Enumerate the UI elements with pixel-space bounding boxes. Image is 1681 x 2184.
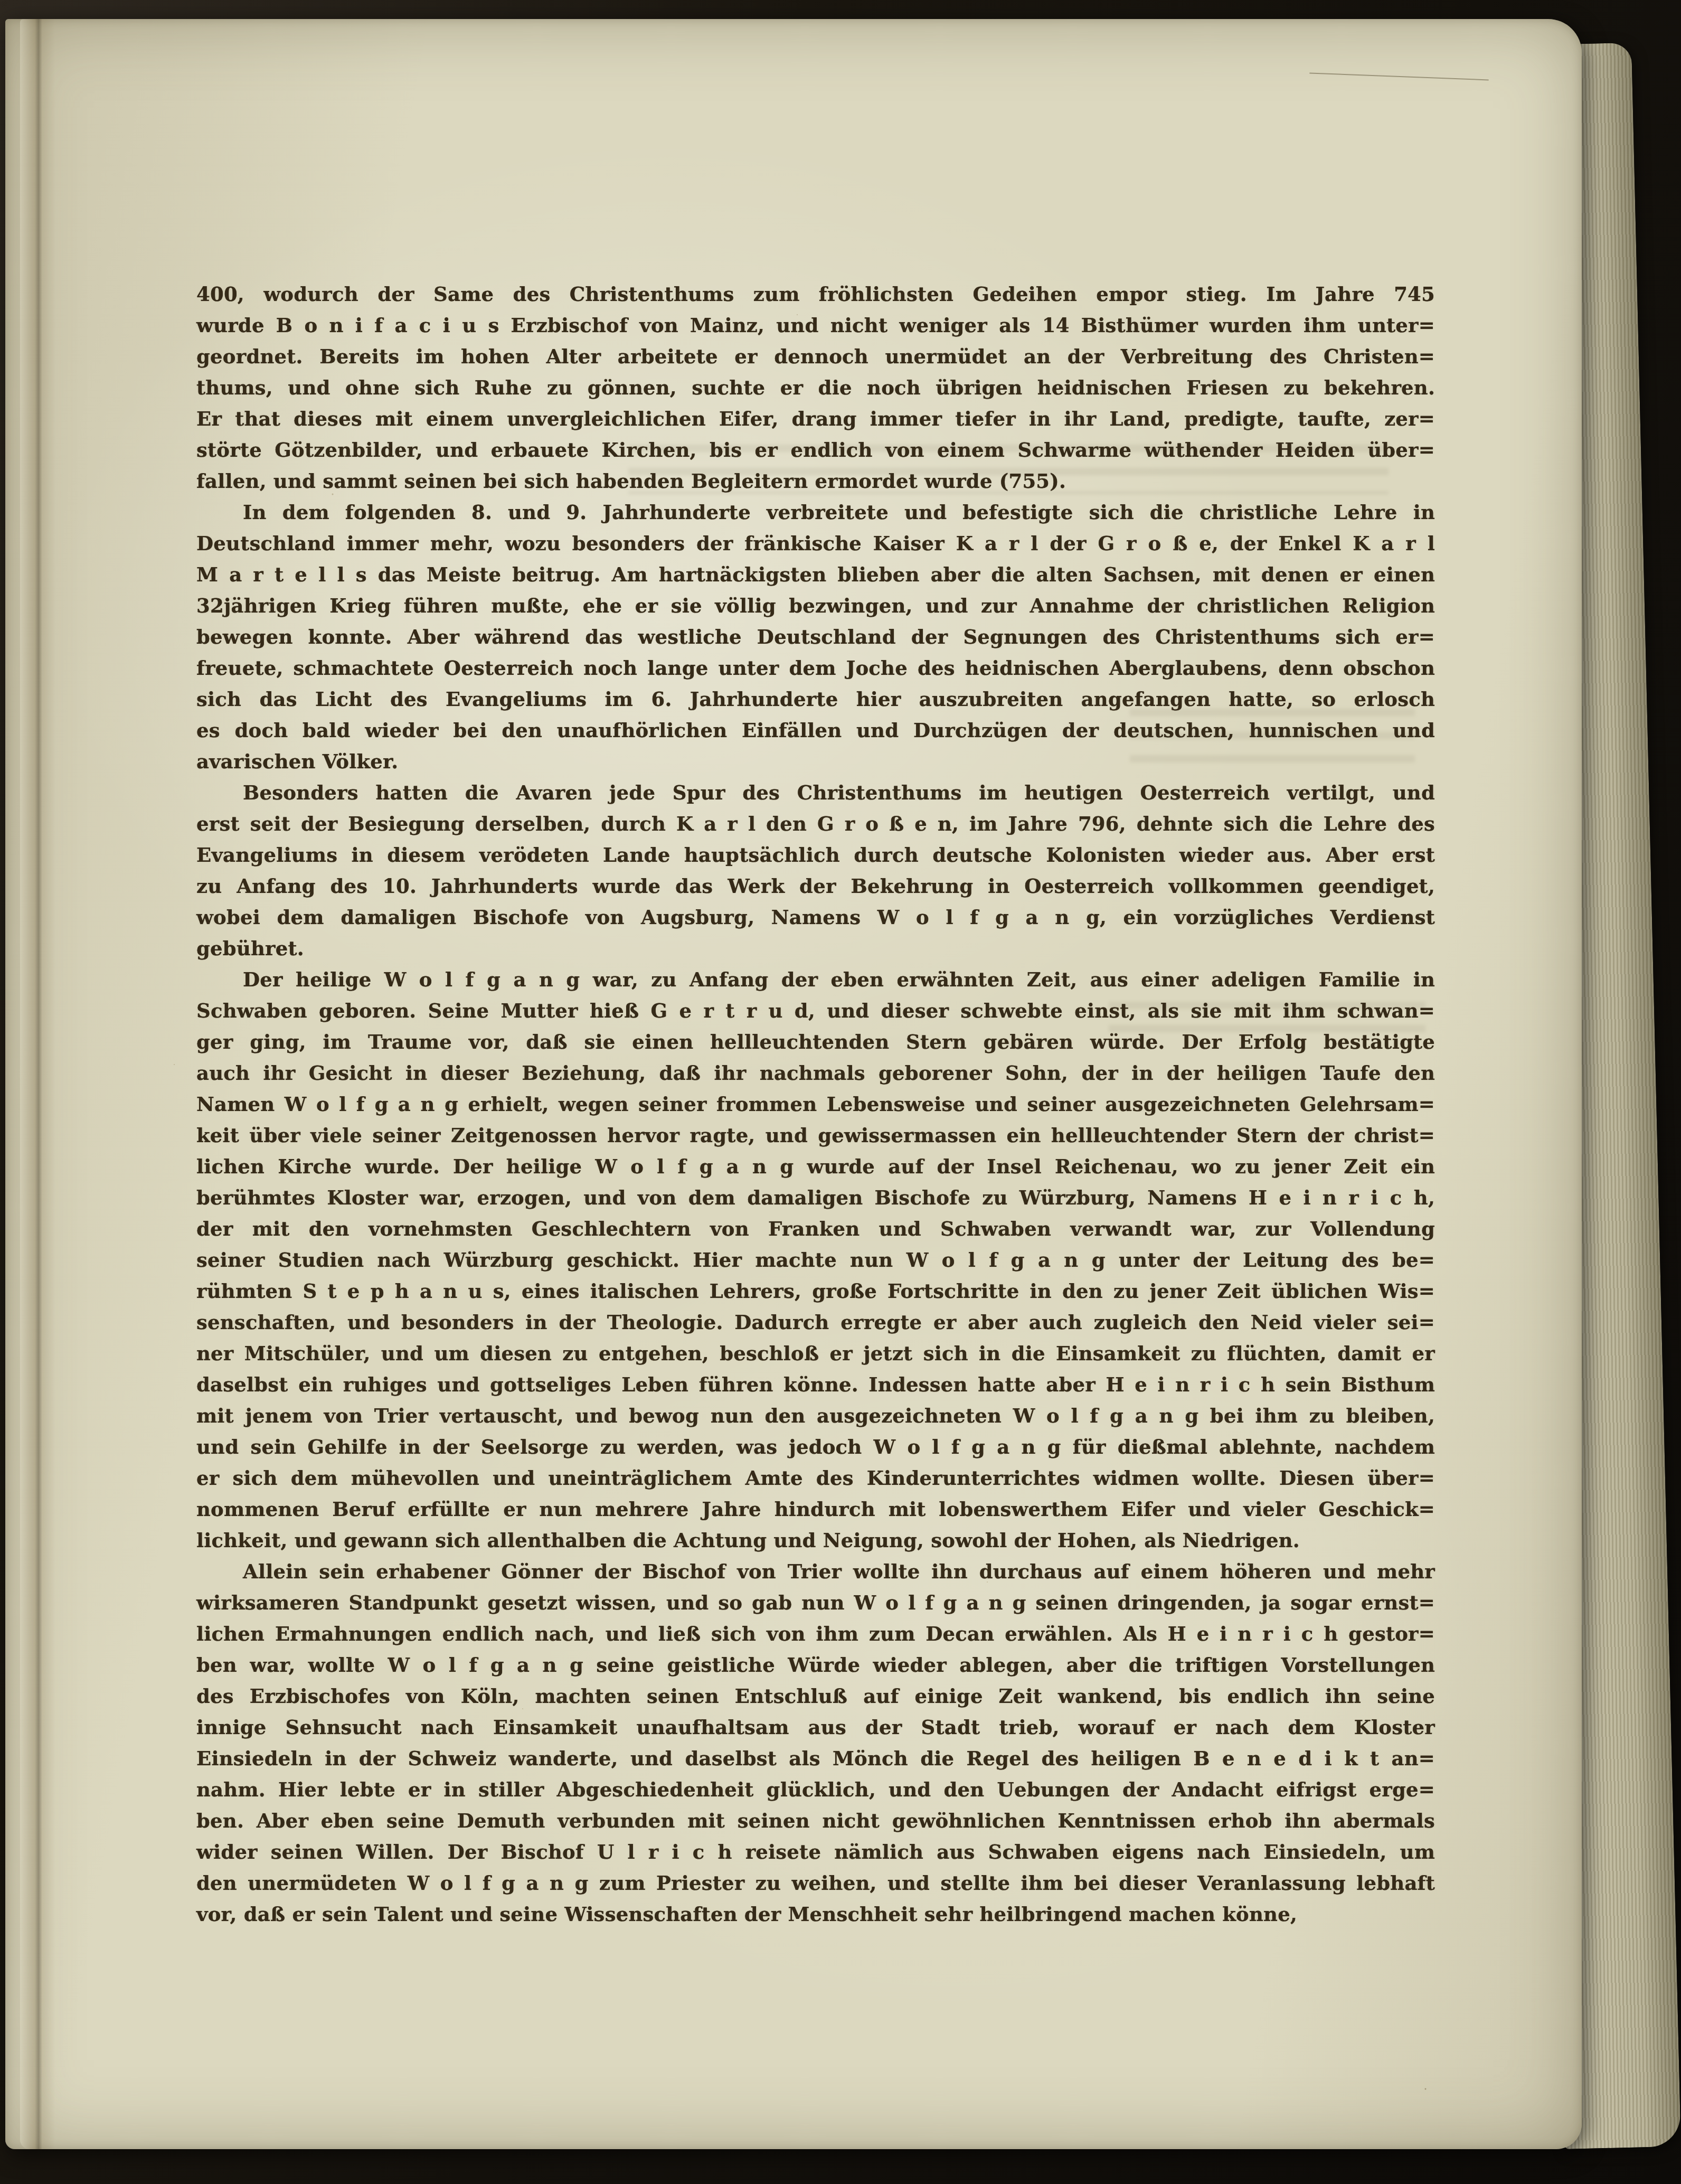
text-line: keit über viele seiner Zeitgenossen herv… (196, 1120, 1435, 1151)
text-line: lichen Kirche wurde. Der heilige W o l f… (196, 1151, 1435, 1182)
text-line: des Erzbischofes von Köln, machten seine… (196, 1681, 1435, 1712)
text-line: störte Götzenbilder, und erbauete Kirche… (196, 435, 1435, 466)
text-line: berühmtes Kloster war, erzogen, und von … (196, 1182, 1435, 1213)
book-page: 400, wodurch der Same des Christenthums … (5, 19, 1582, 2149)
text-line: wider seinen Willen. Der Bischof U l r i… (196, 1837, 1435, 1868)
text-line: und sein Gehilfe in der Seelsorge zu wer… (196, 1432, 1435, 1463)
text-line: Deutschland immer mehr, wozu besonders d… (196, 528, 1435, 559)
text-line: nommenen Beruf erfüllte er nun mehrere J… (196, 1494, 1435, 1525)
text-line: senschaften, und besonders in der Theolo… (196, 1307, 1435, 1338)
text-line: thums, und ohne sich Ruhe zu gönnen, suc… (196, 372, 1435, 403)
text-line: Einsiedeln in der Schweiz wanderte, und … (196, 1743, 1435, 1774)
text-line: ben war, wollte W o l f g a n g seine ge… (196, 1650, 1435, 1681)
text-line: avarischen Völker. (196, 746, 1435, 777)
text-line: Er that dieses mit einem unvergleichlich… (196, 403, 1435, 435)
text-line: 32jährigen Krieg führen mußte, ehe er si… (196, 590, 1435, 622)
text-line: rühmten S t e p h a n u s, eines italisc… (196, 1276, 1435, 1307)
text-line: ger ging, im Traume vor, daß sie einen h… (196, 1027, 1435, 1058)
text-line: zu Anfang des 10. Jahrhunderts wurde das… (196, 871, 1435, 902)
text-line: lichkeit, und gewann sich allenthalben d… (196, 1525, 1435, 1556)
text-line: Namen W o l f g a n g erhielt, wegen sei… (196, 1089, 1435, 1120)
text-line: den unermüdeten W o l f g a n g zum Prie… (196, 1868, 1435, 1899)
text-line: 400, wodurch der Same des Christenthums … (196, 279, 1435, 310)
text-line: der mit den vornehmsten Geschlechtern vo… (196, 1213, 1435, 1245)
text-line: ben. Aber eben seine Demuth verbunden mi… (196, 1805, 1435, 1837)
text-line: wirksameren Standpunkt gesetzt wissen, u… (196, 1587, 1435, 1618)
text-line: geordnet. Bereits im hohen Alter arbeite… (196, 341, 1435, 372)
text-line: lichen Ermahnungen endlich nach, und lie… (196, 1618, 1435, 1650)
text-line: Allein sein erhabener Gönner der Bischof… (196, 1556, 1435, 1587)
page-text-block: 400, wodurch der Same des Christenthums … (196, 279, 1435, 1930)
text-line: gebühret. (196, 933, 1435, 964)
text-line: nahm. Hier lebte er in stiller Abgeschie… (196, 1774, 1435, 1805)
text-line: Besonders hatten die Avaren jede Spur de… (196, 777, 1435, 808)
text-line: ner Mitschüler, und um diesen zu entgehe… (196, 1338, 1435, 1369)
text-line: er sich dem mühevollen und uneinträglich… (196, 1463, 1435, 1494)
text-line: Schwaben geboren. Seine Mutter hieß G e … (196, 995, 1435, 1027)
text-line: fallen, und sammt seinen bei sich habend… (196, 466, 1435, 497)
paper-fiber-scratch (1309, 72, 1489, 80)
text-line: vor, daß er sein Talent und seine Wissen… (196, 1899, 1435, 1930)
text-line: wobei dem damaligen Bischofe von Augsbur… (196, 902, 1435, 933)
text-line: freuete, schmachtete Oesterreich noch la… (196, 653, 1435, 684)
gutter-fold (20, 19, 57, 2149)
text-line: auch ihr Gesicht in dieser Beziehung, da… (196, 1058, 1435, 1089)
text-line: daselbst ein ruhiges und gottseliges Leb… (196, 1369, 1435, 1400)
text-line: wurde B o n i f a c i u s Erzbischof von… (196, 310, 1435, 341)
text-line: es doch bald wieder bei den unaufhörlich… (196, 715, 1435, 746)
text-line: Evangeliums in diesem verödeten Lande ha… (196, 840, 1435, 871)
text-line: erst seit der Besiegung derselben, durch… (196, 808, 1435, 840)
text-line: seiner Studien nach Würzburg geschickt. … (196, 1245, 1435, 1276)
text-line: In dem folgenden 8. und 9. Jahrhunderte … (196, 497, 1435, 528)
text-line: mit jenem von Trier vertauscht, und bewo… (196, 1400, 1435, 1432)
text-line: M a r t e l l s das Meiste beitrug. Am h… (196, 559, 1435, 590)
text-line: bewegen konnte. Aber während das westlic… (196, 622, 1435, 653)
text-line: sich das Licht des Evangeliums im 6. Jah… (196, 684, 1435, 715)
text-line: Der heilige W o l f g a n g war, zu Anfa… (196, 964, 1435, 995)
text-line: innige Sehnsucht nach Einsamkeit unaufha… (196, 1712, 1435, 1743)
